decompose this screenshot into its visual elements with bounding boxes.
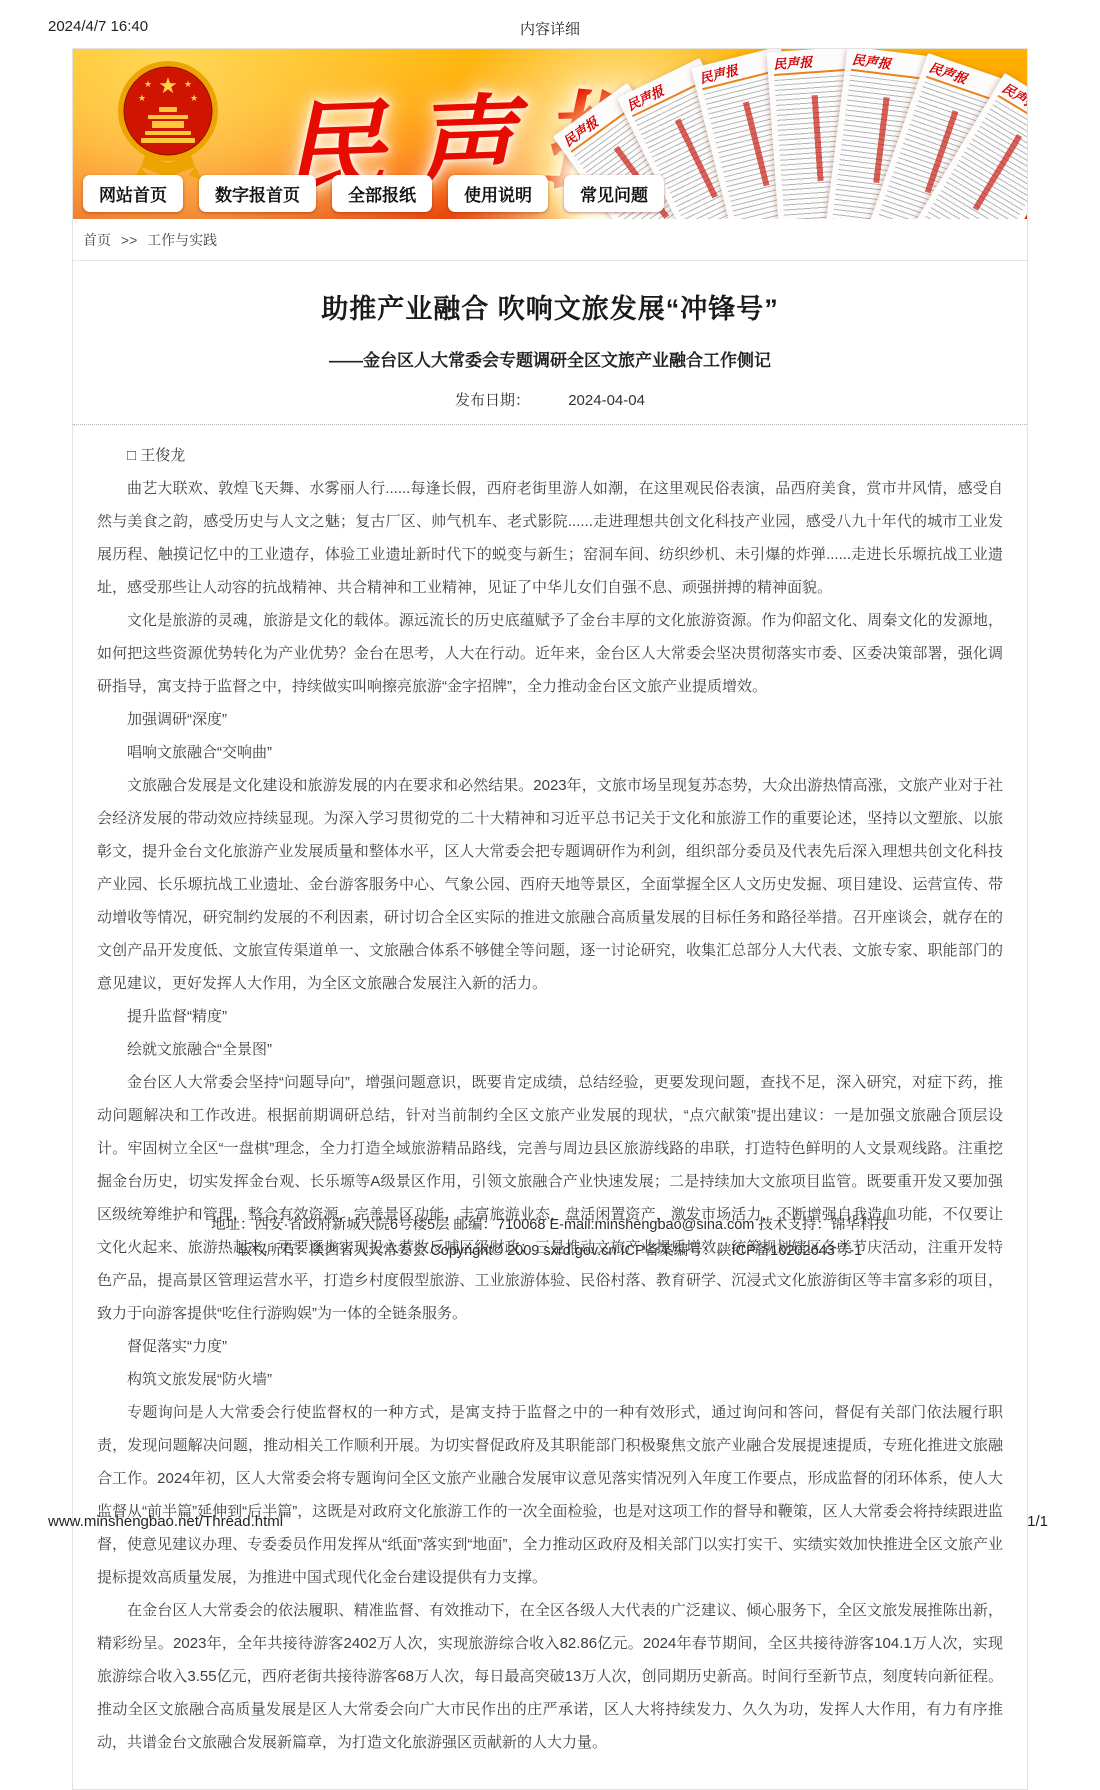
article-subhead: 督促落实“力度”: [97, 1330, 1003, 1363]
article-subhead: 提升监督“精度”: [97, 1000, 1003, 1033]
print-url: www.minshengbao.net/Thread.html: [48, 1513, 283, 1530]
print-page-number: 1/1: [1027, 1513, 1048, 1530]
svg-text:★: ★: [144, 79, 152, 89]
author-line: □ 王俊龙: [97, 439, 1003, 472]
banner-nav: 网站首页 数字报首页 全部报纸 使用说明 常见问题: [83, 175, 664, 212]
footer-copyright-line: 版权所有：陕西省人大常委会 Copyright© 2009 sxrd.gov.c…: [0, 1238, 1100, 1264]
nav-home-button[interactable]: 网站首页: [83, 175, 183, 212]
breadcrumb-separator: >>: [121, 232, 137, 248]
article-subhead: 加强调研“深度”: [97, 703, 1003, 736]
breadcrumb: 首页 >> 工作与实践: [73, 219, 1027, 261]
article-subhead: 唱响文旅融合“交响曲”: [97, 736, 1003, 769]
breadcrumb-home-link[interactable]: 首页: [83, 232, 111, 248]
newspaper-fan: 民声报 民声报 民声报 民声报 民声报 民声报 民声报: [622, 49, 1027, 219]
article-subtitle: ——金台区人大常委会专题调研全区文旅产业融合工作侧记: [103, 346, 997, 371]
nav-usage-button[interactable]: 使用说明: [448, 175, 548, 212]
nav-digital-paper-button[interactable]: 数字报首页: [199, 175, 316, 212]
article-body: □ 王俊龙 曲艺大联欢、敦煌飞天舞、水雾丽人行......每逢长假，西府老街里游…: [73, 425, 1027, 1789]
publish-date-value: 2024-04-04: [568, 392, 645, 409]
article-header: 助推产业融合 吹响文旅发展“冲锋号” ——金台区人大常委会专题调研全区文旅产业融…: [73, 261, 1027, 424]
article-paragraph: 在金台区人大常委会的依法履职、精准监督、有效推动下，在全区各级人大代表的广泛建议…: [97, 1594, 1003, 1759]
article-dateline: 发布日期： 2024-04-04: [103, 389, 997, 424]
print-doc-title: 内容详细: [0, 18, 1100, 39]
breadcrumb-section-link[interactable]: 工作与实践: [147, 232, 217, 248]
publish-date-label: 发布日期：: [455, 392, 530, 409]
article-paragraph: 曲艺大联欢、敦煌飞天舞、水雾丽人行......每逢长假，西府老街里游人如潮，在这…: [97, 472, 1003, 604]
article-paragraph: 金台区人大常委会坚持“问题导向”，增强问题意识，既要肯定成绩，总结经验，更要发现…: [97, 1066, 1003, 1330]
national-emblem-icon: ★ ★ ★ ★ ★: [115, 59, 221, 191]
svg-text:★: ★: [190, 93, 198, 103]
site-banner: ★ ★ ★ ★ ★ 民声报 民声报 民声报 民声报 民声报 民声报 民声报 民声…: [73, 49, 1027, 219]
site-footer: 地址：西安·省政府新城大院6号楼5层 邮编：710068 E-mail:mins…: [0, 1212, 1100, 1264]
nav-faq-button[interactable]: 常见问题: [564, 175, 664, 212]
article-paragraph: 文旅融合发展是文化建设和旅游发展的内在要求和必然结果。2023年，文旅市场呈现复…: [97, 769, 1003, 1000]
print-header: 2024/4/7 16:40 内容详细: [0, 18, 1100, 42]
footer-address-line: 地址：西安·省政府新城大院6号楼5层 邮编：710068 E-mail:mins…: [0, 1212, 1100, 1238]
nav-all-papers-button[interactable]: 全部报纸: [332, 175, 432, 212]
article-subhead: 构筑文旅发展“防火墙”: [97, 1363, 1003, 1396]
svg-text:★: ★: [158, 73, 178, 98]
svg-text:★: ★: [138, 93, 146, 103]
article-paragraph: 文化是旅游的灵魂，旅游是文化的载体。源远流长的历史底蕴赋予了金台丰厚的文化旅游资…: [97, 604, 1003, 703]
article-paragraph: 专题询问是人大常委会行使监督权的一种方式，是寓支持于监督之中的一种有效形式，通过…: [97, 1396, 1003, 1594]
page-title: 助推产业融合 吹响文旅发展“冲锋号”: [103, 287, 997, 326]
article-subhead: 绘就文旅融合“全景图”: [97, 1033, 1003, 1066]
svg-text:★: ★: [184, 79, 192, 89]
